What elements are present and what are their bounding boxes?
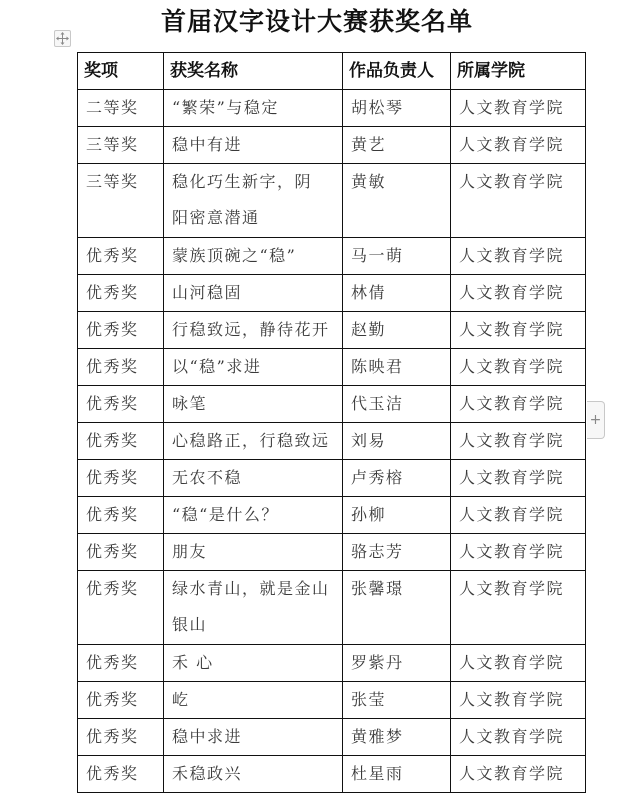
cell-college: 人文教育学院: [451, 682, 586, 719]
cell-award: 优秀奖: [78, 571, 164, 645]
cell-college: 人文教育学院: [451, 386, 586, 423]
cell-name: 心稳路正，行稳致远: [164, 423, 343, 460]
cell-college: 人文教育学院: [451, 497, 586, 534]
plus-icon: +: [590, 412, 602, 428]
cell-college: 人文教育学院: [451, 756, 586, 793]
cell-leader: 林倩: [343, 275, 451, 312]
table-row: 三等奖 稳化巧生新字，阴阳密意潜通 黄敏 人文教育学院: [78, 164, 586, 238]
cell-leader: 黄雅梦: [343, 719, 451, 756]
cell-leader: 卢秀榕: [343, 460, 451, 497]
cell-leader: 骆志芳: [343, 534, 451, 571]
table-row: 优秀奖 稳中求进 黄雅梦 人文教育学院: [78, 719, 586, 756]
cell-award: 优秀奖: [78, 719, 164, 756]
cell-college: 人文教育学院: [451, 571, 586, 645]
cell-leader: 黄敏: [343, 164, 451, 238]
cell-leader: 代玉洁: [343, 386, 451, 423]
cell-leader: 黄艺: [343, 127, 451, 164]
cell-name: 咏笔: [164, 386, 343, 423]
cell-award: 优秀奖: [78, 238, 164, 275]
cell-award: 优秀奖: [78, 645, 164, 682]
cell-name: 屹: [164, 682, 343, 719]
cell-award: 优秀奖: [78, 386, 164, 423]
cell-college: 人文教育学院: [451, 164, 586, 238]
award-table: 奖项 获奖名称 作品负责人 所属学院 二等奖 “繁荣”与稳定 胡松琴 人文教育学…: [77, 52, 586, 793]
header-leader: 作品负责人: [343, 53, 451, 90]
cell-leader: 罗紫丹: [343, 645, 451, 682]
cell-name: “稳“是什么？: [164, 497, 343, 534]
cell-name: 朋友: [164, 534, 343, 571]
cell-college: 人文教育学院: [451, 238, 586, 275]
header-award: 奖项: [78, 53, 164, 90]
cell-name: 蒙族顶碗之“稳”: [164, 238, 343, 275]
cell-name: 山河稳固: [164, 275, 343, 312]
cell-college: 人文教育学院: [451, 534, 586, 571]
cell-award: 优秀奖: [78, 682, 164, 719]
table-row: 二等奖 “繁荣”与稳定 胡松琴 人文教育学院: [78, 90, 586, 127]
cell-college: 人文教育学院: [451, 127, 586, 164]
cell-college: 人文教育学院: [451, 460, 586, 497]
table-row: 优秀奖 山河稳固 林倩 人文教育学院: [78, 275, 586, 312]
cell-leader: 孙柳: [343, 497, 451, 534]
cell-award: 优秀奖: [78, 275, 164, 312]
cell-college: 人文教育学院: [451, 645, 586, 682]
table-row: 优秀奖 禾 心 罗紫丹 人文教育学院: [78, 645, 586, 682]
cell-name: 行稳致远，静待花开: [164, 312, 343, 349]
cell-award: 三等奖: [78, 164, 164, 238]
table-row: 优秀奖 行稳致远，静待花开 赵勤 人文教育学院: [78, 312, 586, 349]
cell-award: 三等奖: [78, 127, 164, 164]
table-row: 优秀奖 禾稳政兴 杜星雨 人文教育学院: [78, 756, 586, 793]
add-row-button[interactable]: +: [587, 401, 605, 439]
cell-name: “繁荣”与稳定: [164, 90, 343, 127]
table-row: 优秀奖 绿水青山，就是金山银山 张馨璟 人文教育学院: [78, 571, 586, 645]
table-row: 优秀奖 蒙族顶碗之“稳” 马一萌 人文教育学院: [78, 238, 586, 275]
table-row: 三等奖 稳中有进 黄艺 人文教育学院: [78, 127, 586, 164]
cell-name: 稳中求进: [164, 719, 343, 756]
cell-college: 人文教育学院: [451, 312, 586, 349]
cell-award: 优秀奖: [78, 312, 164, 349]
cell-leader: 赵勤: [343, 312, 451, 349]
cell-award: 优秀奖: [78, 349, 164, 386]
table-move-handle[interactable]: [54, 30, 71, 47]
table-row: 优秀奖 “稳“是什么？ 孙柳 人文教育学院: [78, 497, 586, 534]
cell-college: 人文教育学院: [451, 275, 586, 312]
cell-leader: 刘易: [343, 423, 451, 460]
cell-name: 禾稳政兴: [164, 756, 343, 793]
table-row: 优秀奖 咏笔 代玉洁 人文教育学院: [78, 386, 586, 423]
table-row: 优秀奖 心稳路正，行稳致远 刘易 人文教育学院: [78, 423, 586, 460]
cell-leader: 张馨璟: [343, 571, 451, 645]
cell-award: 优秀奖: [78, 497, 164, 534]
cell-leader: 杜星雨: [343, 756, 451, 793]
table-row: 优秀奖 无农不稳 卢秀榕 人文教育学院: [78, 460, 586, 497]
cell-award: 优秀奖: [78, 460, 164, 497]
cell-name: 禾 心: [164, 645, 343, 682]
cell-name: 绿水青山，就是金山银山: [164, 571, 343, 645]
cell-college: 人文教育学院: [451, 349, 586, 386]
cell-college: 人文教育学院: [451, 719, 586, 756]
cell-leader: 张莹: [343, 682, 451, 719]
page-title: 首届汉字设计大赛获奖名单: [0, 6, 634, 38]
cell-award: 优秀奖: [78, 423, 164, 460]
table-row: 优秀奖 以“稳”求进 陈映君 人文教育学院: [78, 349, 586, 386]
cell-college: 人文教育学院: [451, 90, 586, 127]
cell-award: 优秀奖: [78, 756, 164, 793]
move-arrows-icon: [56, 32, 69, 45]
cell-name: 稳中有进: [164, 127, 343, 164]
cell-college: 人文教育学院: [451, 423, 586, 460]
cell-name: 稳化巧生新字，阴阳密意潜通: [164, 164, 343, 238]
header-award-name: 获奖名称: [164, 53, 343, 90]
header-college: 所属学院: [451, 53, 586, 90]
cell-name: 以“稳”求进: [164, 349, 343, 386]
cell-leader: 陈映君: [343, 349, 451, 386]
table-header-row: 奖项 获奖名称 作品负责人 所属学院: [78, 53, 586, 90]
table-row: 优秀奖 朋友 骆志芳 人文教育学院: [78, 534, 586, 571]
cell-leader: 胡松琴: [343, 90, 451, 127]
cell-leader: 马一萌: [343, 238, 451, 275]
cell-award: 二等奖: [78, 90, 164, 127]
cell-name: 无农不稳: [164, 460, 343, 497]
cell-award: 优秀奖: [78, 534, 164, 571]
table-row: 优秀奖 屹 张莹 人文教育学院: [78, 682, 586, 719]
